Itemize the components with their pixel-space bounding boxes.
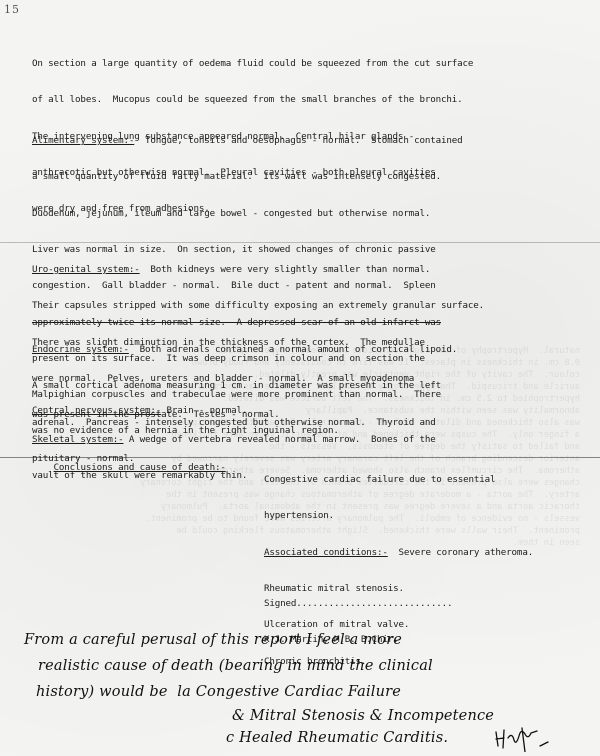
handwritten-line: c Healed Rheumatic Carditis.: [226, 730, 448, 746]
section-heading: Skeletal system:-: [32, 434, 123, 445]
handwritten-line: realistic cause of death (bearing in min…: [38, 658, 433, 674]
section-heading: Alimentary system:-: [32, 135, 134, 146]
conclusions-heading-wrap: Conclusions and cause of death:-: [32, 450, 226, 486]
section-heading: Endocrine system:-: [32, 344, 129, 355]
signed-line: Signed.............................: [264, 598, 452, 610]
document-page: natural. Hypertrophy of the right ventri…: [0, 0, 600, 756]
handwritten-signature-icon: [492, 724, 552, 752]
section-heading: Uro-genital system:-: [32, 264, 140, 275]
associated-conditions-heading: Associated conditions:-: [264, 547, 388, 558]
signature-block: Signed............................. K.J.…: [264, 574, 452, 671]
page-number-mark: 15: [4, 3, 20, 16]
handwritten-line: & Mitral Stenosis & Incompetence: [232, 708, 494, 724]
handwritten-line: history) would be la Congestive Cardiac …: [36, 684, 401, 700]
conclusions-heading: Conclusions and cause of death:-: [54, 462, 226, 473]
handwritten-line: From a careful perusal of this report I …: [24, 632, 402, 648]
